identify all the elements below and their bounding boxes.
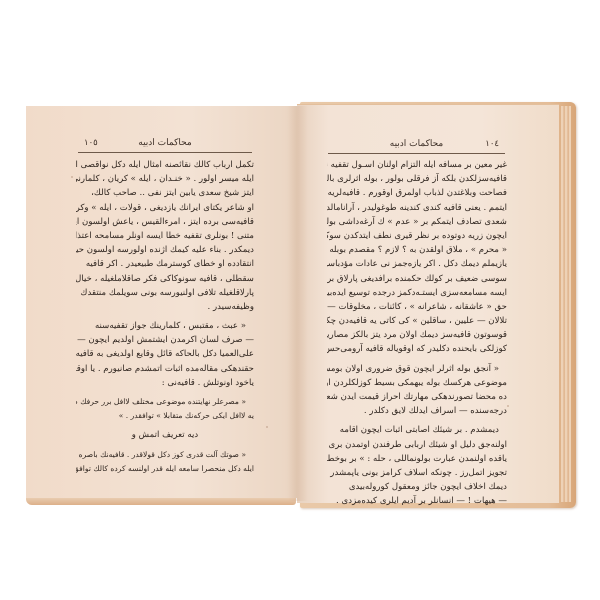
text-line: قافيه‌سزلكدن بلكه آز فرقلى بولور ، بوله … xyxy=(327,172,507,186)
paper-speck xyxy=(507,405,509,407)
text-line: سوسى ضعيف بر كولك حكمنده برافديغى پارلاق… xyxy=(327,272,507,286)
book-spine-gutter xyxy=(288,106,308,501)
running-title: محاكمات ادبيه xyxy=(328,139,505,149)
text-line: فصاحت وبلاغتدن لذباب اولمرق اوقورم . قاف… xyxy=(327,186,507,200)
text-line: — هيهات ! — انسانلر بر آديم ايلرى كيده‌م… xyxy=(327,494,507,508)
text-line: على‌العميا دكل بالحاكه قائل وقايع اولديغ… xyxy=(76,347,254,361)
text-line: ايسه مسامعه‌سزى ايستـه‌دكمز درجده توسيع … xyxy=(327,286,507,300)
text-line: او شاعر يكتاى ايرانك يازديغى ، قولات ، ا… xyxy=(76,201,254,215)
quote-line: ايله دكل منحصرا سامعه ايله قدر اولنسه كر… xyxy=(76,462,254,476)
right-page-body: غير معين بر مسافه ايله التزام اولنان اسـ… xyxy=(327,158,507,509)
text-line: ايتز شيخ سعدى يابين ايتز نفى .. صاحب كال… xyxy=(76,186,254,200)
text-line: ايچون زريه دوتوده بر نظر قيرى نطف ايتدكد… xyxy=(327,229,507,243)
text-line: اولنه‌جق دليل او شيئك اربابى طرفندن اوتم… xyxy=(327,438,507,452)
running-title: محاكمات ادبيه xyxy=(78,138,252,148)
right-page-header: ١٠٤ محاكمات ادبيه xyxy=(328,137,505,154)
quote-line: « مصرعلر نهايتنده موضوعى مختلف لاافل برر… xyxy=(76,395,254,409)
text-line: انتقادده او خطاى كوسترمك طبيعيدر . اكر ق… xyxy=(76,257,254,271)
open-book: ١٠٥ محاكمات ادبيه تكمل ارباب كالك نقائصن… xyxy=(0,0,600,600)
text-line: قوسوتون قافيه‌سز ديمك اولان مرد يتز بالك… xyxy=(327,328,507,342)
text-line: متنى ! بونلرى تقفيه خطا ايسه اونلر مسامح… xyxy=(76,229,254,243)
right-page: ١٠٤ محاكمات ادبيه غير معين بر مسافه ايله… xyxy=(297,104,559,503)
text-line: پارلاقلغيله تلافى اولنيورسه بونى سويلمك … xyxy=(76,286,254,300)
text-line: يازيملم ديمك دكل . اكر يازه‌جمز نى عادات… xyxy=(327,257,507,271)
text-line: كوزلكى بايحنده دكليدر كه اوقوياله قافيه … xyxy=(327,342,507,356)
text-line: تلالان — عليين ، ساقلين » كى كاتى يه قاف… xyxy=(327,314,507,328)
left-page-header: ١٠٥ محاكمات ادبيه xyxy=(78,136,252,153)
text-line: « محرم » ، ملاق اولقدن به ؟ لازم ؟ مقصدم… xyxy=(327,243,507,257)
text-line: غير معين بر مسافه ايله التزام اولنان اسـ… xyxy=(327,158,507,172)
text-line: ده محضا تصورندهكى مهارتك احراز قيمت ايدن… xyxy=(327,390,507,404)
text-line: وظيفه‌سيدر . xyxy=(76,300,254,314)
text-line: شعدى تصادف ايتمكم بر « عدم » ك آرغه‌داشى… xyxy=(327,215,507,229)
text-line: تجويز اتمل‌رز . چونكه اسلاف كرامز بونى ي… xyxy=(327,466,507,480)
text-line: ديمشدم . بر شيئك اصابتى اثبات ايچون اقام… xyxy=(327,423,507,437)
left-page-body: تكمل ارباب كالك نقائصنه امثال ايله دكل ن… xyxy=(76,158,254,476)
text-line: ياقده اولنمدن عبارت بولونماللى ، حله : »… xyxy=(327,452,507,466)
text-line: ديه تعريف اتمش و xyxy=(76,428,254,442)
text-line: سقطلى ، قافيه سونوكاكى فكر صاقلاملغيله ،… xyxy=(76,272,254,286)
text-line: موضوعى هركسك بوله يبهمكى بسيط كوزلكلردن … xyxy=(327,376,507,390)
paper-speck xyxy=(266,426,268,428)
paper-speck xyxy=(71,176,73,178)
text-line: درجه‌سنده — اسراف ايدلك لايق دكلدر . xyxy=(327,404,507,418)
text-line: ديمكدر . بناء عليه كيمك اژنده اولورسه او… xyxy=(76,243,254,257)
quote-line: يه لاافل ايكى حركه‌نك متقابلا » توافقدر … xyxy=(76,409,254,423)
text-line: « عبث ، مقتبس ، كلمارينك جواز تقفيه‌سنه xyxy=(76,319,254,333)
text-line: حق « عاشقانه ، شاعرانه » ، كائنات ، مخلو… xyxy=(327,300,507,314)
text-line: قافيه‌سى برده ايتز ، امرءالقيس ، ياعش او… xyxy=(76,215,254,229)
text-line: « آنجق بوله اثرلر ايچون قوق ضرورى اولان … xyxy=(327,362,507,376)
text-line: ايله ميسر اولور . « خنـدان ، ايله » كريا… xyxy=(76,172,254,186)
quote-line: « صوتك آلت قدرى كوز دكل قولاقدر . قافيه‌… xyxy=(76,448,254,462)
text-line: حقندهكى مقاله‌مده اثبات اتمشدم صانيورم .… xyxy=(76,362,254,376)
text-line: ايتمم . يعنى قافيه كندى كندينه طوغوليدر … xyxy=(327,201,507,215)
text-line: تكمل ارباب كالك نقائصنه امثال ايله دكل ن… xyxy=(76,158,254,172)
text-line: ياخود اونوتلش . قافيه‌نى : xyxy=(76,376,254,390)
left-page: ١٠٥ محاكمات ادبيه تكمل ارباب كالك نقائصن… xyxy=(26,106,298,498)
text-line: — صرف لسان اكرمدن ايشتمش اولديم ايچون — xyxy=(76,333,254,347)
text-line: ديمك اخلاف ايچون جائز ومعقول كوروله‌بيدى xyxy=(327,480,507,494)
paper-speck xyxy=(174,144,176,146)
